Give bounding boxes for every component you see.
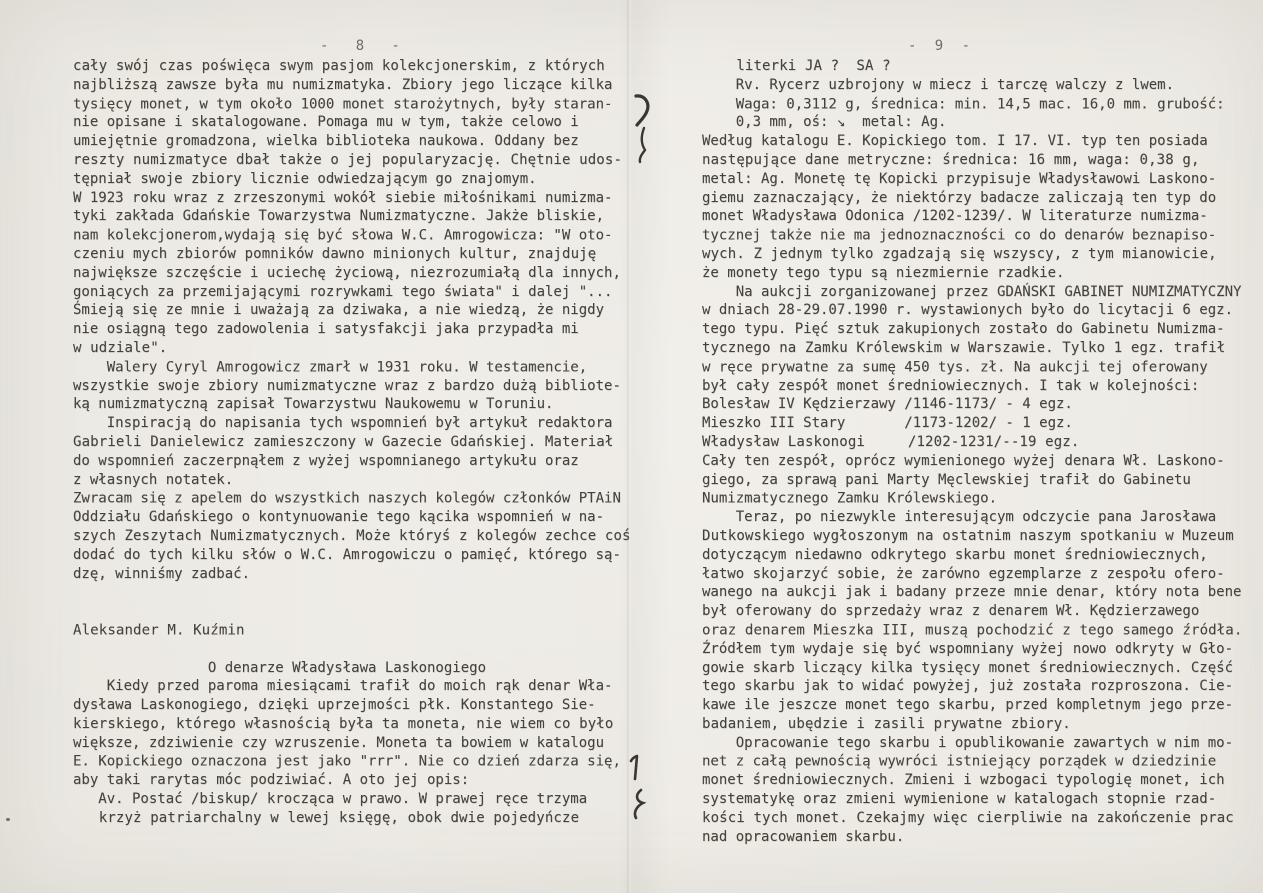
text-line: badaniem, ubędzie i zasili prywatne zbio… [702, 715, 1242, 734]
binding-mark-icon [630, 93, 654, 129]
binding-mark-icon [628, 788, 652, 822]
text-line: Bolesław IV Kędzierzawy /1146-1173/ - 4 … [702, 395, 1242, 414]
text-line: tysięcy monet, w tym około 1000 monet st… [73, 95, 631, 114]
text-line: cały swój czas poświęca swym pasjom kole… [73, 57, 631, 76]
text-line: Inspiracją do napisania tych wspomnień b… [73, 414, 631, 433]
text-line: systematykę oraz zmieni wymienione w kat… [702, 790, 1242, 809]
text-line: ką numizmatyczną zapisał Towarzystwu Nau… [73, 395, 631, 414]
text-line: Zwracam się z apelem do wszystkich naszy… [73, 490, 631, 509]
text-line: wszystkie swoje zbiory numizmatyczne wra… [73, 377, 631, 396]
text-line [73, 583, 631, 602]
text-line: E. Kopickiego oznaczona jest jako "rrr".… [73, 753, 631, 772]
text-line: wych. Z jednym tylko zgadzają się wszysc… [702, 245, 1242, 264]
text-line: krzyż patriarchalny w lewej księgę, obok… [73, 809, 631, 828]
text-line: Gabrieli Danielewicz zamieszczony w Gaze… [73, 433, 631, 452]
text-line: metal: Ag. Monetę tę Kopicki przypisuje … [702, 170, 1242, 189]
text-line: oraz denarem Mieszka III, muszą pochodzi… [702, 621, 1242, 640]
text-line: monet Władysława Odonica /1202-1239/. W … [702, 207, 1242, 226]
text-line: był oferowany do sprzedaży wraz z denare… [702, 602, 1242, 621]
text-line: Według katalogu E. Kopickiego tom. I 17.… [702, 132, 1242, 151]
page-9-text: literki JA ? SA ? Rv. Rycerz uzbrojony w… [702, 57, 1242, 846]
binding-mark-icon [628, 753, 646, 783]
text-line: Oddziału Gdańskiego o kontynuowanie tego… [73, 508, 631, 527]
page-8-number: - 8 - [320, 38, 400, 54]
text-line: Mieszko III Stary /1173-1202/ - 1 egz. [702, 414, 1242, 433]
text-line: nam kolekcjonerom,wydają się być słowa W… [73, 226, 631, 245]
text-line: Na aukcji zorganizowanej przez GDAŃSKI G… [702, 283, 1242, 302]
text-line: dotyczącym niedawno odkrytego skarbu mon… [702, 546, 1242, 565]
page-8: - 8 - cały swój czas poświęca swym pasjo… [0, 0, 626, 893]
text-line: nad opracowaniem skarbu. [702, 828, 1242, 847]
text-line: Dutkowskiego wygłoszonym na ostatnim nas… [702, 527, 1242, 546]
text-line: w udziale". [73, 339, 631, 358]
text-line: w ręce prywatne za sumę 450 tys. zł. Na … [702, 358, 1242, 377]
text-line: W 1923 roku wraz z zrzeszonymi wokół sie… [73, 189, 631, 208]
text-line: Rv. Rycerz uzbrojony w miecz i tarczę wa… [702, 76, 1242, 95]
text-line: czeniu mych zbiorów pomników dawno minio… [73, 245, 631, 264]
text-line: wanego na aukcji jak i badany przeze mni… [702, 583, 1242, 602]
text-line: Władysław Laskonogi /1202-1231/--19 egz. [702, 433, 1242, 452]
document-scan: - 8 - cały swój czas poświęca swym pasjo… [0, 0, 1263, 893]
text-line: 0,3 mm, oś: ↘ metal: Ag. [702, 113, 1242, 132]
page-9-number: - 9 - [908, 38, 971, 54]
text-line: największe szczęście i uciechę życiową, … [73, 264, 631, 283]
text-line: giemu zaznaczający, że niektórzy badacze… [702, 189, 1242, 208]
page-9: - 9 - literki JA ? SA ? Rv. Rycerz uzbro… [631, 0, 1263, 893]
text-line: Walery Cyryl Amrogowicz zmarł w 1931 rok… [73, 358, 631, 377]
text-line: szych Zeszytach Numizmatycznych. Może kt… [73, 527, 631, 546]
text-line: O denarze Władysława Laskonogiego [73, 659, 631, 678]
text-line: tego skarbu jak to widać powyżej, już zo… [702, 677, 1242, 696]
text-line: najbliższą zawsze była mu numizmatyka. Z… [73, 76, 631, 95]
page-8-text: cały swój czas poświęca swym pasjom kole… [73, 57, 631, 828]
text-line: Numizmatycznego Zamku Królewskiego. [702, 490, 1242, 509]
text-line: tępniał swoje zbiory licznie odwiedzając… [73, 170, 631, 189]
text-line: reszty numizmatyce dbał także o jej popu… [73, 151, 631, 170]
text-line: łatwo skojarzyć sobie, że zarówno egzemp… [702, 565, 1242, 584]
text-line: większe, zdziwienie czy wzruszenie. Mone… [73, 734, 631, 753]
text-line: dzę, winniśmy zadbać. [73, 565, 631, 584]
text-line: nie osiągną tego zadowolenia i satysfakc… [73, 320, 631, 339]
text-line: w dniach 28-29.07.1990 r. wystawionych b… [702, 301, 1242, 320]
text-line: tycznego na Zamku Królewskim w Warszawie… [702, 339, 1242, 358]
text-line: tycznej także nie ma jednoznaczności co … [702, 226, 1242, 245]
text-line: literki JA ? SA ? [702, 57, 1242, 76]
text-line: Kiedy przed paroma miesiącami trafił do … [73, 677, 631, 696]
text-line: monet średniowiecznych. Zmieni i wzbogac… [702, 771, 1242, 790]
text-line: dysława Laskonogiego, dzięki uprzejmości… [73, 696, 631, 715]
text-line: następujące dane metryczne: średnica: 16… [702, 151, 1242, 170]
text-line: Opracowanie tego skarbu i opublikowanie … [702, 734, 1242, 753]
text-line: dodać do tych kilku słów o W.C. Amrogowi… [73, 546, 631, 565]
text-line: Śmieją się ze mnie i uważają za dziwaka,… [73, 301, 631, 320]
binding-mark-icon [634, 126, 654, 166]
text-line: kości tych monet. Czekajmy więc cierpliw… [702, 809, 1242, 828]
text-line: umiejętnie gromadzona, wielka biblioteka… [73, 132, 631, 151]
text-line: Teraz, po niezwykle interesującym odczyc… [702, 508, 1242, 527]
text-line: był cały zespół monet średniowiecznych. … [702, 377, 1242, 396]
text-line: tego typu. Pięć sztuk zakupionych został… [702, 320, 1242, 339]
text-line: Waga: 0,3112 g, średnica: min. 14,5 mac.… [702, 95, 1242, 114]
text-line: aby taki rarytas móc podziwiać. A oto je… [73, 771, 631, 790]
text-line: do wspomnień zaczerpnąłem z wyżej wspomn… [73, 452, 631, 471]
text-line [73, 602, 631, 621]
text-line: że monety tego typu są niezmiernie rzadk… [702, 264, 1242, 283]
text-line: Cały ten zespół, oprócz wymienionego wyż… [702, 452, 1242, 471]
text-line [73, 640, 631, 659]
text-line: goniących za przemijającymi rozrywkami t… [73, 283, 631, 302]
text-line: Aleksander M. Kuźmin [73, 621, 631, 640]
text-line: net z całą pewnością wywróci istniejący … [702, 753, 1242, 772]
text-line: kierskiego, którego własnością była ta m… [73, 715, 631, 734]
text-line: tyki zakłada Gdańskie Towarzystwa Numizm… [73, 207, 631, 226]
text-line: giego, za sprawą pani Marty Męclewskiej … [702, 471, 1242, 490]
text-line: kawe ile jeszcze monet tego skarbu, prze… [702, 696, 1242, 715]
ink-speck [6, 818, 10, 821]
text-line: Av. Postać /biskup/ krocząca w prawo. W … [73, 790, 631, 809]
text-line: Źródłem tym wydaje się być wspomniany wy… [702, 640, 1242, 659]
text-line: gowie skarb liczący kilka tysięcy monet … [702, 659, 1242, 678]
text-line: z własnych notatek. [73, 471, 631, 490]
text-line: nie opisane i skatalogowane. Pomaga mu w… [73, 113, 631, 132]
